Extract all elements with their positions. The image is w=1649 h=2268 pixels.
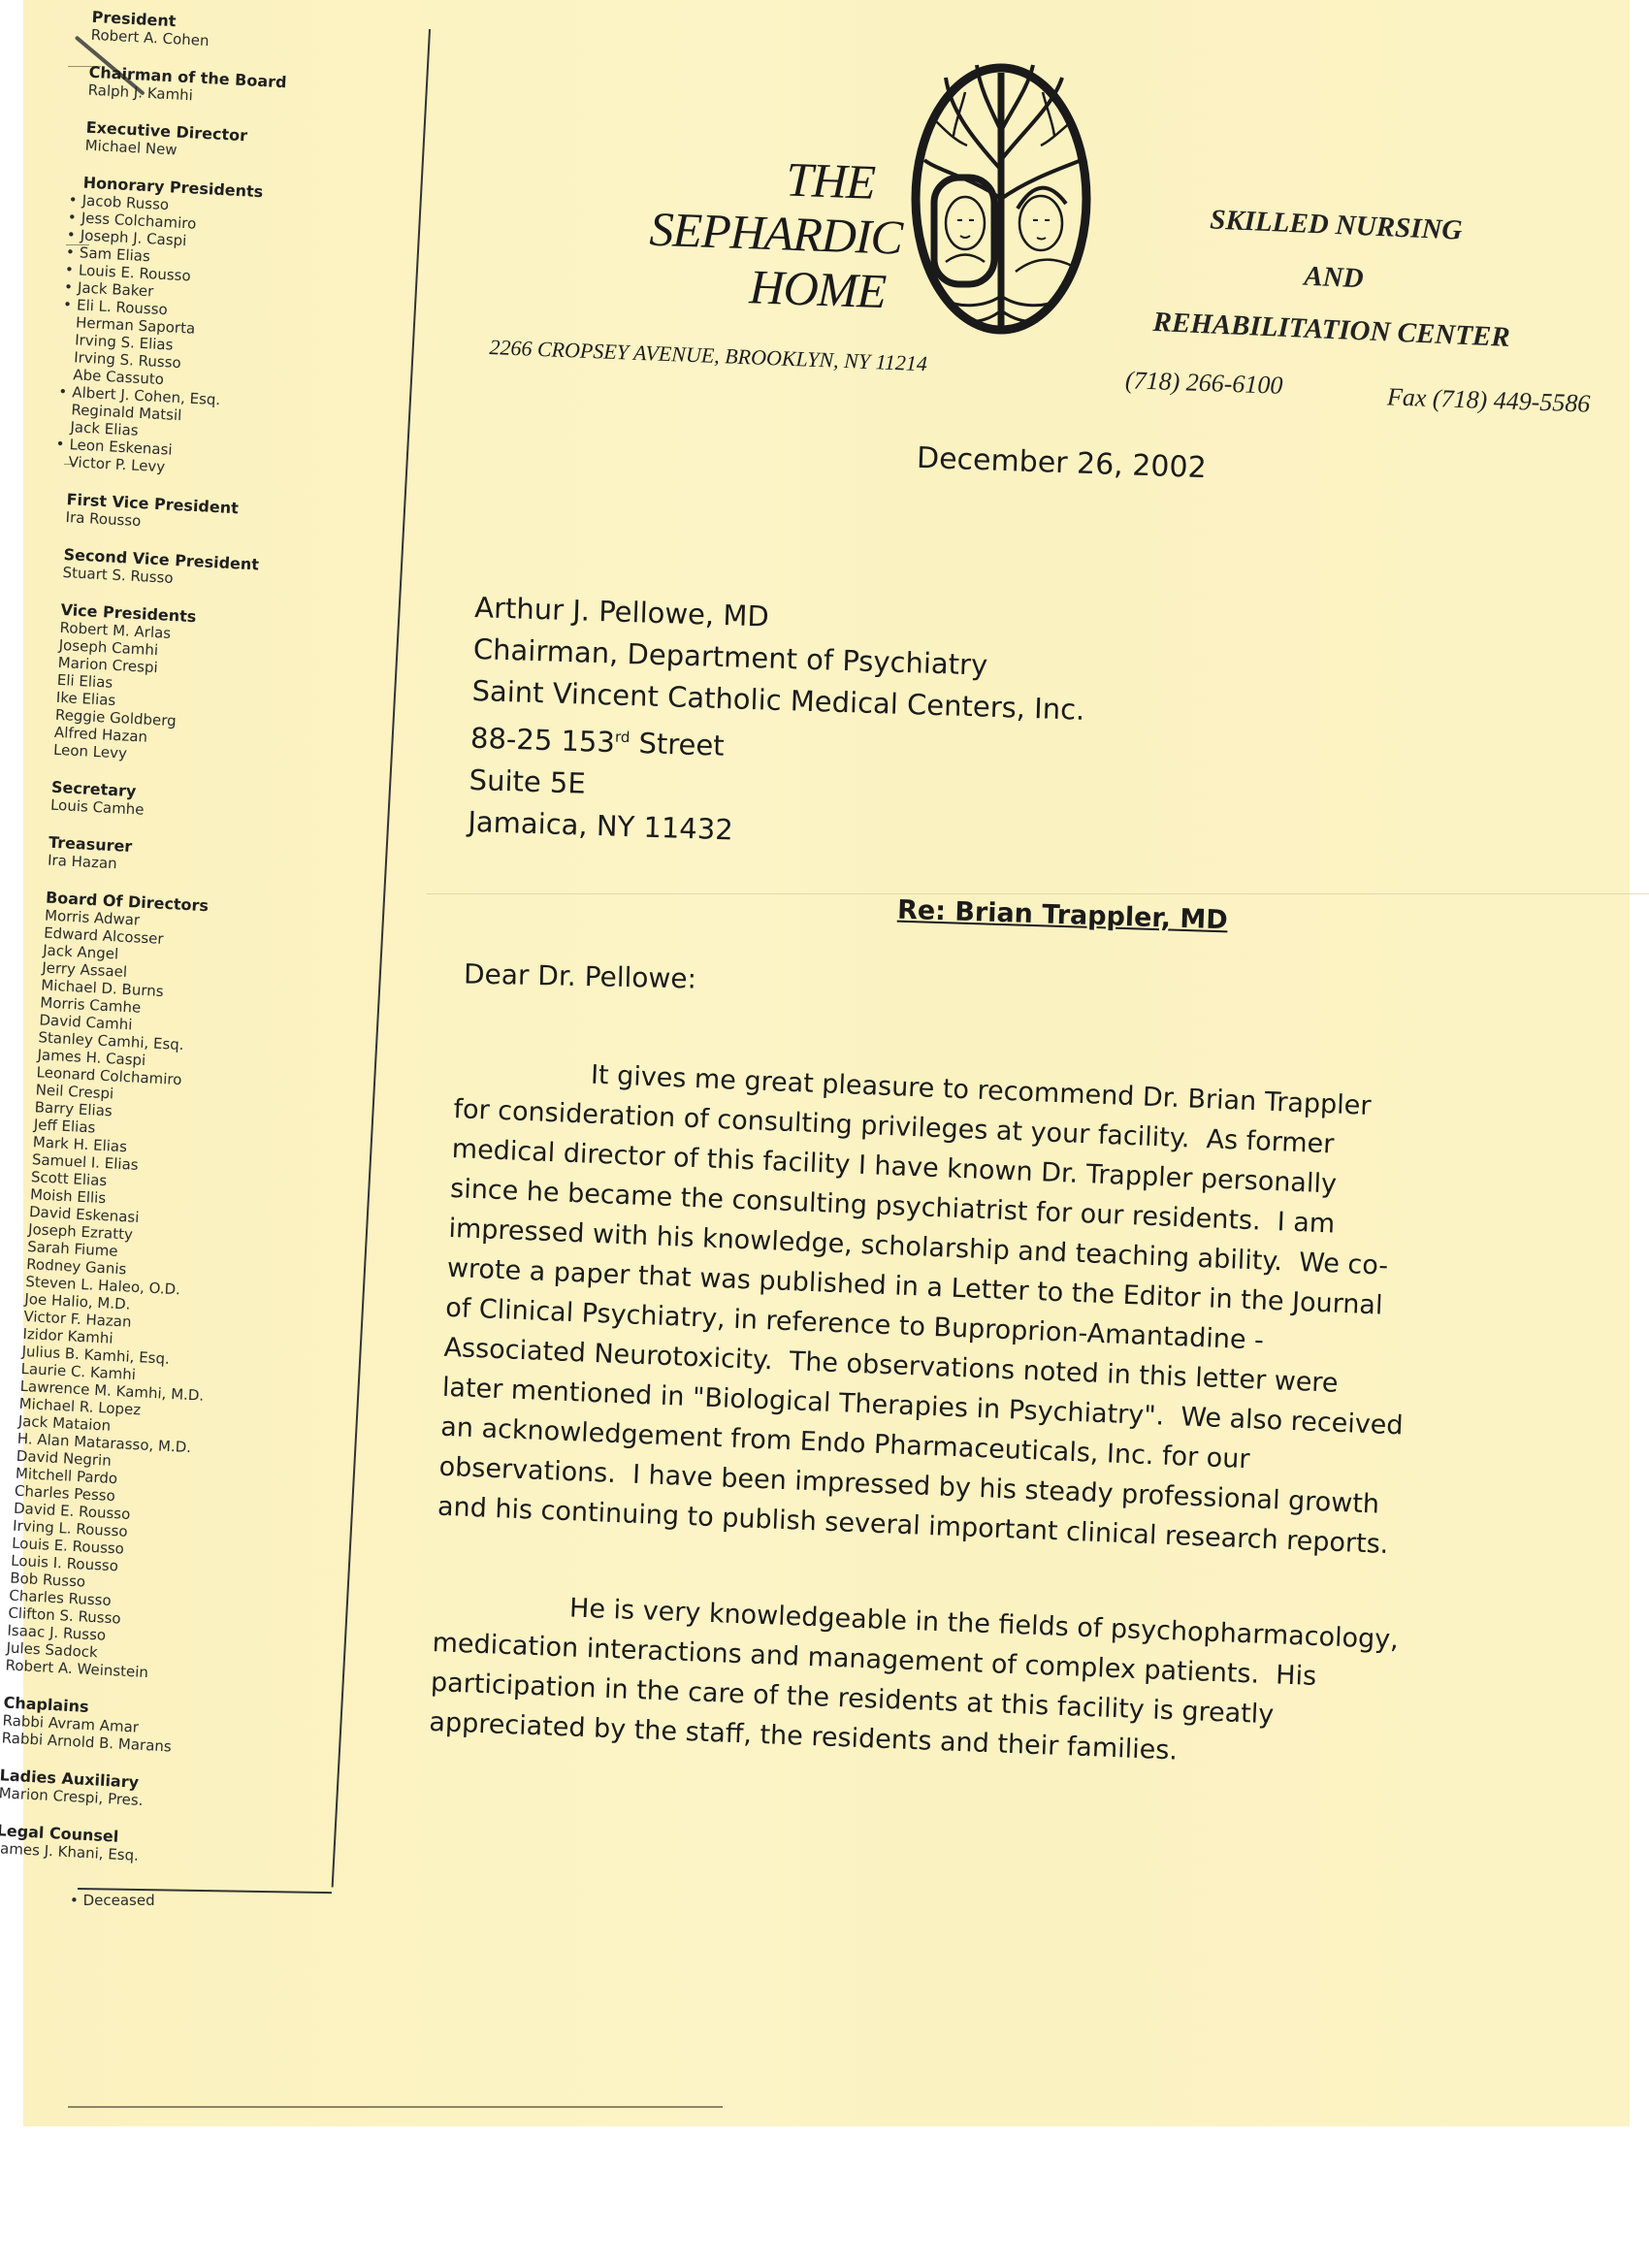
board-section: SecretaryLouis Camhe [50, 779, 362, 830]
board-section: Vice PresidentsRobert M. ArlasJoseph Cam… [53, 601, 372, 775]
recipient-address-block: Arthur J. Pellowe, MD Chairman, Departme… [468, 587, 1088, 861]
deceased-footnote: • Deceased [70, 1892, 155, 1909]
board-section: Second Vice PresidentStuart S. Russo [62, 546, 373, 598]
street-name: Street [630, 727, 725, 762]
body-paragraph: It gives me great pleasure to recommend … [436, 1050, 1416, 1565]
board-section: Executive DirectorMichael New [84, 119, 396, 171]
org-name-line: HOME [579, 253, 887, 318]
bottom-rule [68, 2106, 723, 2108]
org-name-line: THE [583, 145, 876, 209]
board-section: First Vice PresidentIra Rousso [65, 491, 376, 542]
board-section: Chairman of the BoardRalph J. Kamhi [87, 64, 399, 115]
tree-portrait-logo-icon [907, 53, 1096, 335]
salutation: Dear Dr. Pellowe: [464, 957, 697, 994]
organization-name: THE SEPHARDIC HOME [579, 145, 905, 318]
board-section: Ladies AuxiliaryMarion Crespi, Pres. [0, 1766, 310, 1818]
board-section: TreasurerIra Hazan [48, 834, 359, 886]
letterhead-tagline: SKILLED NURSING AND REHABILITATION CENTE… [1122, 190, 1546, 366]
board-section: Legal CounselJames J. Khani, Esq. [0, 1822, 307, 1873]
phone-number: (718) 266-6100 [1125, 366, 1283, 401]
street-suffix: rd [615, 729, 630, 746]
board-section: Honorary PresidentsJacob RussoJess Colch… [68, 175, 394, 487]
board-section: Board Of DirectorsMorris AdwarEdward Alc… [5, 890, 356, 1691]
paper-fold-line [427, 893, 1649, 894]
street-number: 88-25 153 [470, 722, 616, 760]
board-section: ChaplainsRabbi Avram AmarRabbi Arnold B.… [1, 1694, 313, 1763]
